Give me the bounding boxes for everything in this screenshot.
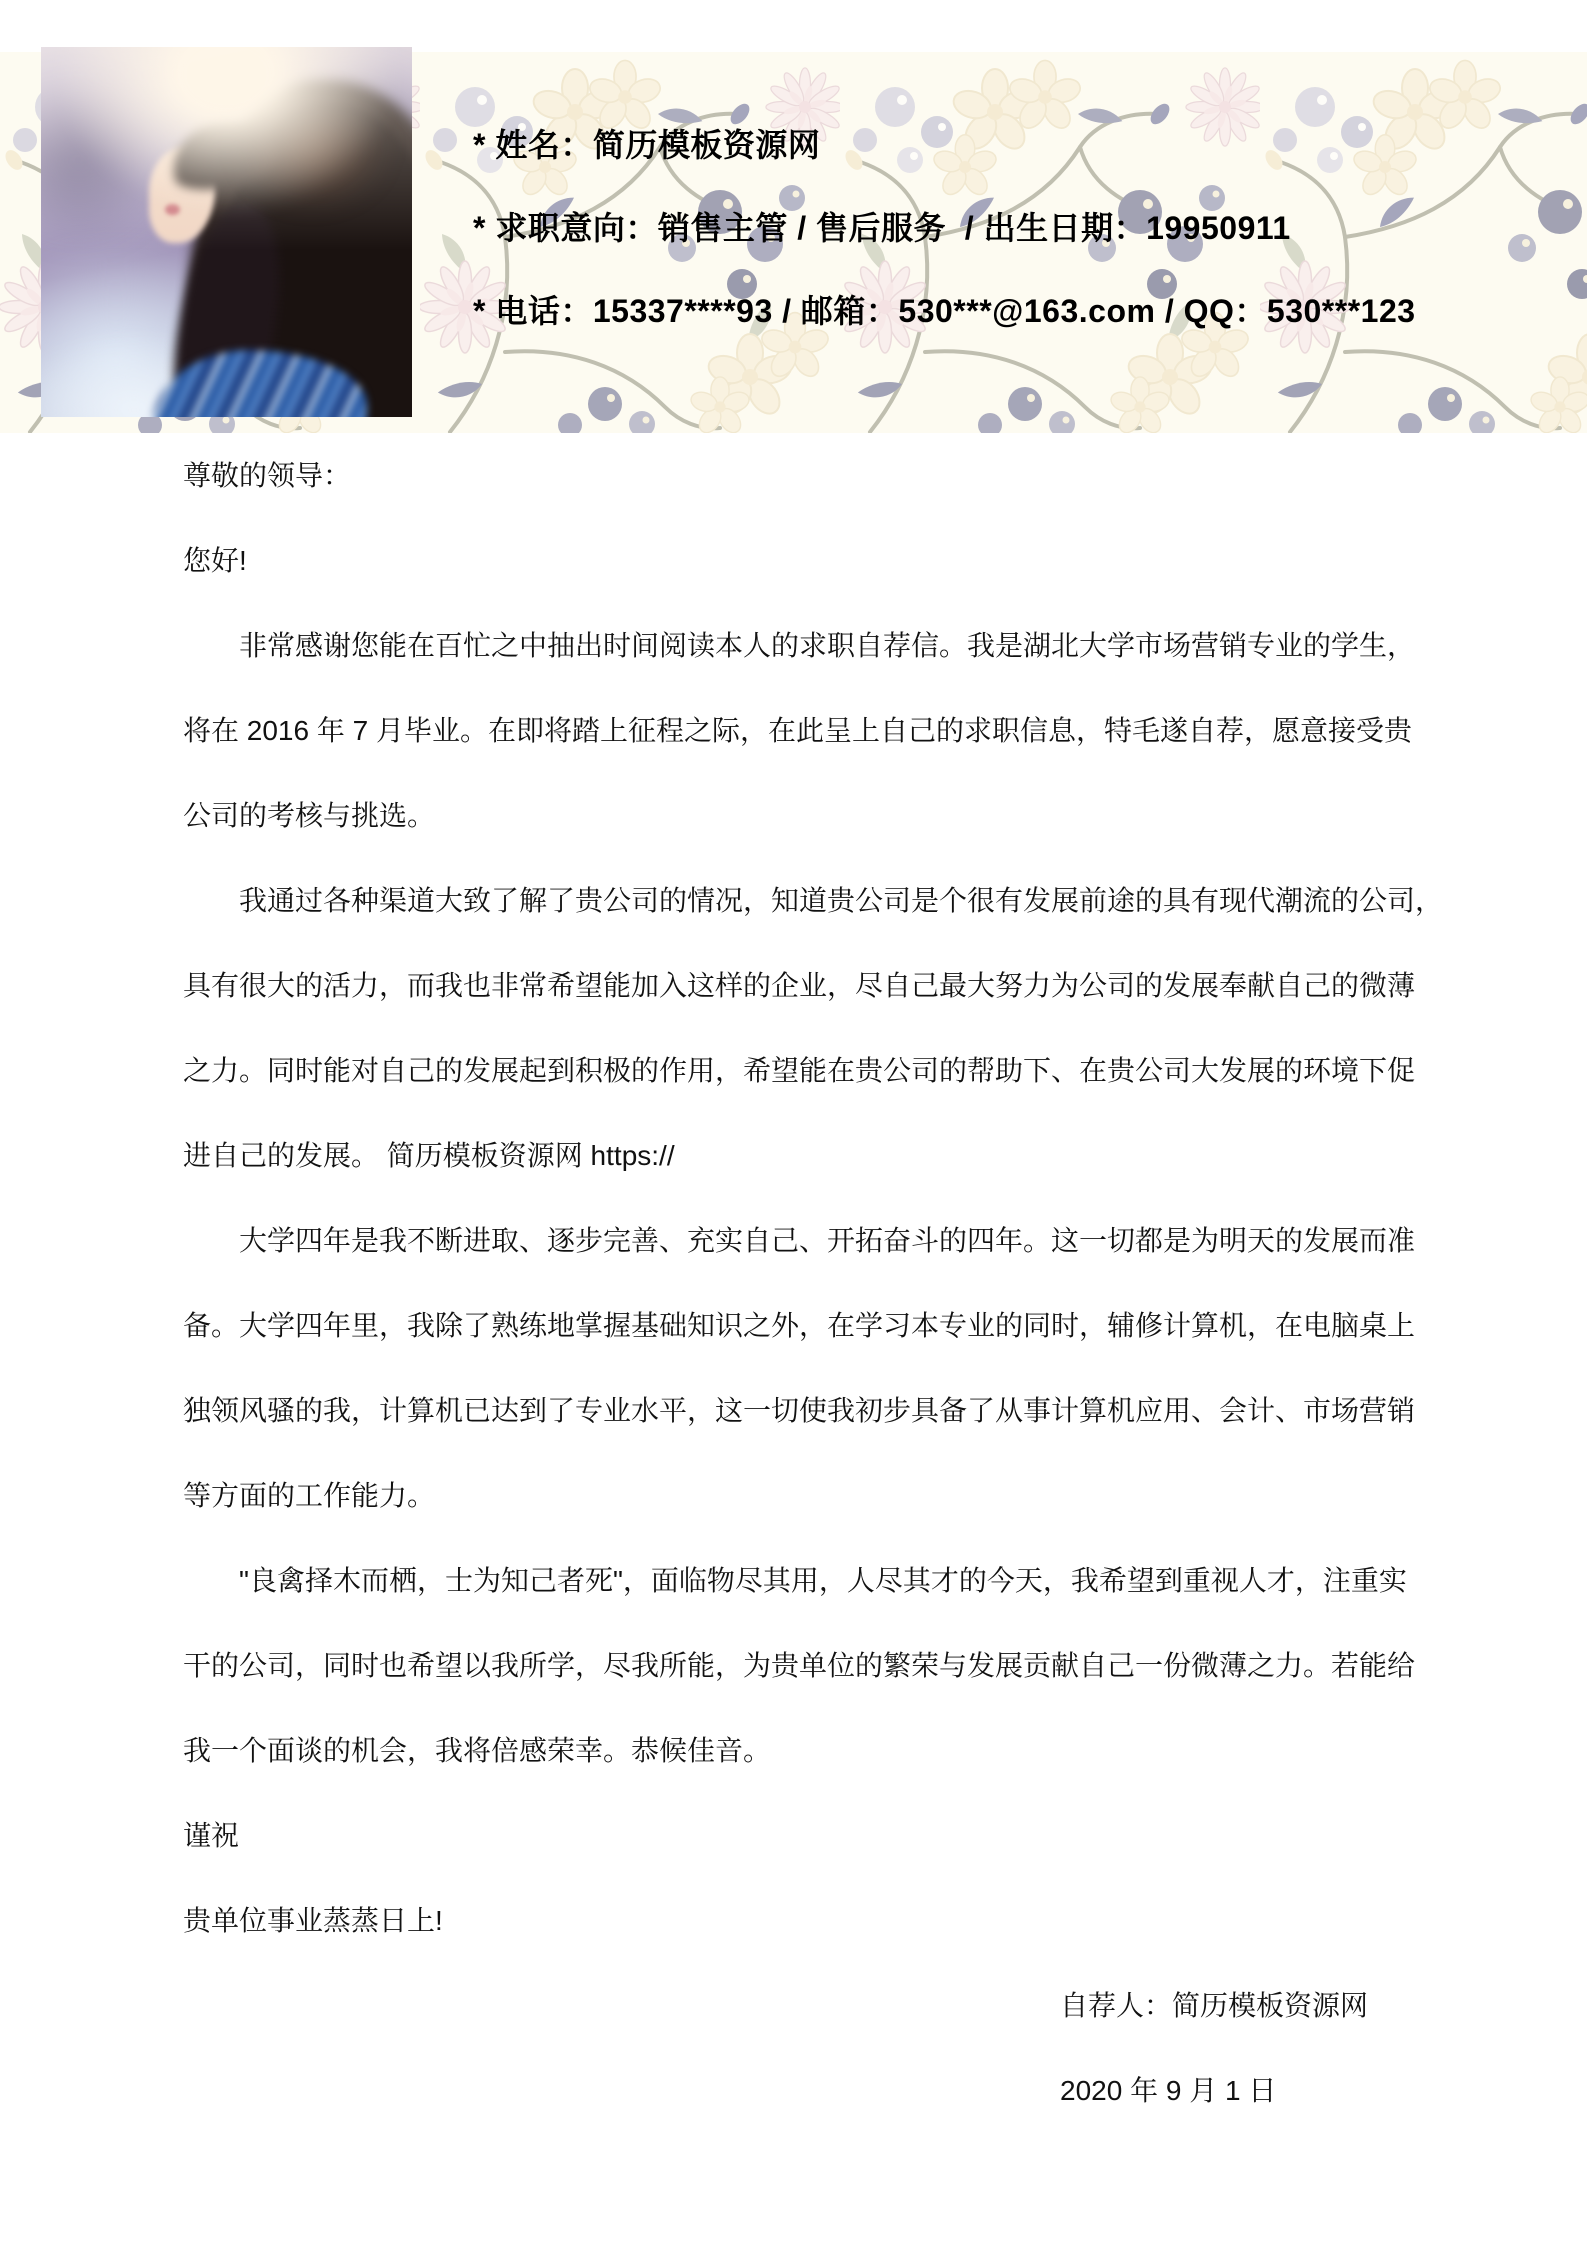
letter-line: 尊敬的领导： (183, 433, 1473, 518)
letter-line: 之力。同时能对自己的发展起到积极的作用，希望能在贵公司的帮助下、在贵公司大发展的… (183, 1028, 1473, 1113)
header-info: * 姓名：简历模板资源网 * 求职意向：销售主管 / 售后服务 / 出生日期：1… (473, 122, 1416, 371)
letter-line: 自荐人：简历模板资源网 (183, 1963, 1473, 2048)
letter-line: 进自己的发展。 简历模板资源网 https:// (183, 1113, 1473, 1198)
header-line-name: * 姓名：简历模板资源网 (473, 122, 1416, 168)
letter-line: 我通过各种渠道大致了解了贵公司的情况，知道贵公司是个很有发展前途的具有现代潮流的… (183, 858, 1473, 943)
letter-line: 备。大学四年里，我除了熟练地掌握基础知识之外，在学习本专业的同时，辅修计算机，在… (183, 1283, 1473, 1368)
resume-letter-page: * 姓名：简历模板资源网 * 求职意向：销售主管 / 售后服务 / 出生日期：1… (0, 0, 1587, 2245)
letter-line: 您好! (183, 518, 1473, 603)
letter-line: 非常感谢您能在百忙之中抽出时间阅读本人的求职自荐信。我是湖北大学市场营销专业的学… (183, 603, 1473, 688)
letter-line: 2020 年 9 月 1 日 (183, 2048, 1473, 2133)
letter-body: 尊敬的领导：您好!非常感谢您能在百忙之中抽出时间阅读本人的求职自荐信。我是湖北大… (183, 433, 1473, 2133)
letter-line: 公司的考核与挑选。 (183, 773, 1473, 858)
header-line-intention: * 求职意向：销售主管 / 售后服务 / 出生日期：19950911 (473, 205, 1416, 251)
header-line-contact: * 电话：15337****93 / 邮箱：530***@163.com / Q… (473, 288, 1416, 334)
letter-line: 独领风骚的我，计算机已达到了专业水平，这一切使我初步具备了从事计算机应用、会计、… (183, 1368, 1473, 1453)
letter-line: 干的公司，同时也希望以我所学，尽我所能，为贵单位的繁荣与发展贡献自己一份微薄之力… (183, 1623, 1473, 1708)
letter-line: 具有很大的活力，而我也非常希望能加入这样的企业，尽自己最大努力为公司的发展奉献自… (183, 943, 1473, 1028)
letter-line: 谨祝 (183, 1793, 1473, 1878)
photo-light-veil-layer (41, 47, 412, 417)
header-band: * 姓名：简历模板资源网 * 求职意向：销售主管 / 售后服务 / 出生日期：1… (0, 52, 1587, 433)
letter-line: 将在 2016 年 7 月毕业。在即将踏上征程之际，在此呈上自己的求职信息，特毛… (183, 688, 1473, 773)
letter-line: 等方面的工作能力。 (183, 1453, 1473, 1538)
letter-line: 贵单位事业蒸蒸日上! (183, 1878, 1473, 1963)
letter-line: 大学四年是我不断进取、逐步完善、充实自己、开拓奋斗的四年。这一切都是为明天的发展… (183, 1198, 1473, 1283)
applicant-photo (41, 47, 412, 417)
letter-line: 我一个面谈的机会，我将倍感荣幸。恭候佳音。 (183, 1708, 1473, 1793)
letter-line: "良禽择木而栖，士为知己者死"，面临物尽其用，人尽其才的今天，我希望到重视人才，… (183, 1538, 1473, 1623)
